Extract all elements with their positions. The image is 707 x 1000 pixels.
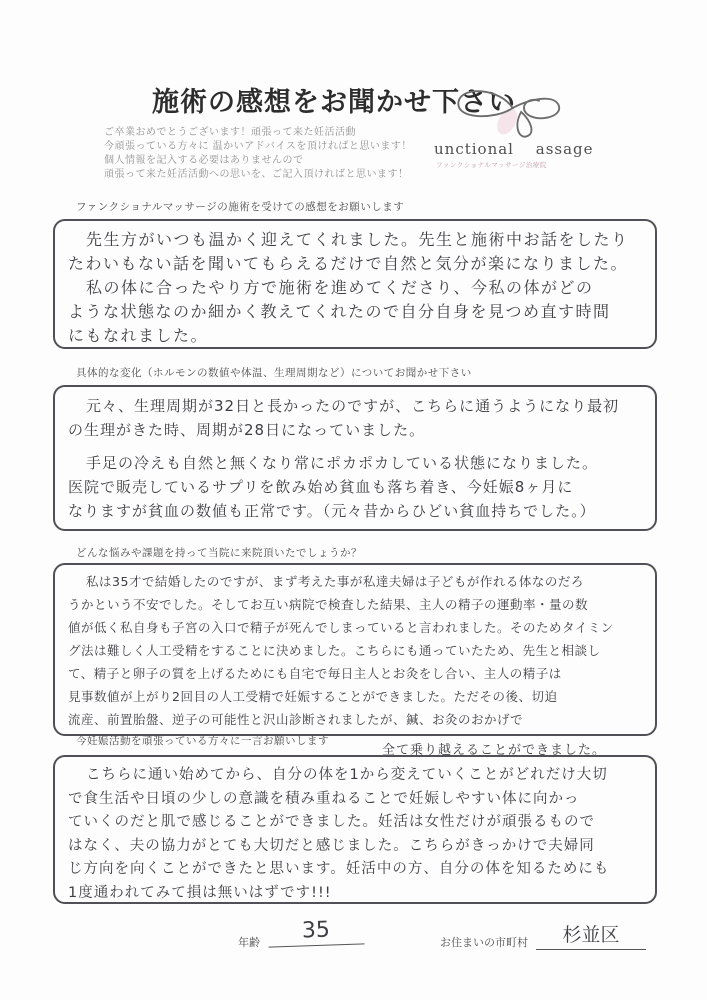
footer: 年齢 35 お住まいの市町村 杉並区 — [0, 922, 707, 982]
question-2: 具体的な変化（ホルモンの数値や体温、生理周期など）についてお聞かせ下さい — [76, 365, 472, 380]
intro-line: ご卒業おめでとうございます！頑張って来た妊活活動 — [104, 126, 412, 140]
age-value: 35 — [268, 916, 365, 947]
clinic-logo: unctional assage ファンクショナルマッサージ治療院 — [428, 80, 618, 169]
survey-page: 施術の感想をお聞かせ下さい ご卒業おめでとうございます！頑張って来た妊活活動 今… — [0, 0, 707, 1000]
answer-line: こちらに通い始めてから、自分の体を1から変えていくことがどれだけ大切 — [68, 764, 645, 788]
question-4: 今妊娠活動を頑張っている方々に一言お願いします — [76, 733, 329, 748]
answer-line: にもなれました。 — [68, 324, 645, 348]
answer-line: 元々、生理周期が32日と長かったのですが、こちらに通うようになり最初 — [68, 394, 645, 418]
city-label: お住まいの市町村 — [440, 934, 528, 950]
answer-line: 私は35才で結婚したのですが、まず考えた事が私達夫婦は子どもが作れる体なのだろ — [68, 570, 645, 593]
answer-line: ていくのだと肌で感じることができました。妊活は女性だけが頑張るもので — [68, 811, 645, 835]
intro-line: 個人情報を記入する必要はありませんので — [104, 154, 412, 168]
intro-text: ご卒業おめでとうございます！頑張って来た妊活活動 今頑張っている方々に 温かいア… — [104, 126, 412, 182]
answer-line: はなく、夫の協力がとても大切だと感じました。こちらがきっかけで夫婦同 — [68, 835, 645, 859]
answer-line: で食生活や日頃の少しの意識を積み重ねることで妊娠しやすい体に向かっ — [68, 788, 645, 812]
answer-box-1: 先生方がいつも温かく迎えてくれました。先生と施術中お話をしたり たわいもない話を… — [53, 219, 657, 349]
answer-line: て、精子と卵子の質を上げるためにも自宅で毎日主人とお灸をし合い、主人の精子は — [68, 662, 645, 685]
answer-line: 私の体に合ったやり方で施術を進めてくださり、今私の体がどの — [68, 276, 645, 300]
answer-box-4: こちらに通い始めてから、自分の体を1から変えていくことがどれだけ大切 で食生活や… — [53, 755, 657, 904]
question-1: ファンクショナルマッサージの施術を受けての感想をお願いします — [76, 199, 404, 214]
question-3: どんな悩みや課題を持って当院に来院頂いたでしょうか？ — [76, 545, 362, 560]
answer-line: グ法は難しく人工受精をすることに決めました。こちらにも通っていたため、先生と相談… — [68, 639, 645, 662]
answer-line: たわいもない話を聞いてもらえるだけで自然と気分が楽になりました。 — [68, 252, 645, 276]
answer-line: 値が低く私自身も子宮の入口で精子が死んでしまっていると言われました。そのためタイ… — [68, 616, 645, 639]
answer-line: 流産、前置胎盤、逆子の可能性と沢山診断されましたが、鍼、お灸のおかげで — [68, 708, 645, 731]
answer-box-2: 元々、生理周期が32日と長かったのですが、こちらに通うようになり最初 の生理がき… — [53, 385, 657, 531]
ribbon-bow-icon — [434, 80, 584, 142]
answer-box-3: 私は35才で結婚したのですが、まず考えた事が私達夫婦は子どもが作れる体なのだろ … — [53, 563, 657, 736]
answer-line: 1度通われてみて損は無いはずです!!! — [68, 882, 645, 906]
answer-line: 先生方がいつも温かく迎えてくれました。先生と施術中お話をしたり — [68, 228, 645, 252]
answer-line: うかという不安でした。そしてお互い病院で検査した結果、主人の精子の運動率・量の数 — [68, 593, 645, 616]
answer-line: 医院で販売しているサプリを飲み始め貧血も落ち着き、今妊娠8ヶ月に — [68, 475, 645, 499]
clinic-name: unctional assage — [434, 140, 618, 158]
answer-line: ような状態なのか細かく教えてくれたので自分自身を見つめ直す時間 — [68, 300, 645, 324]
answer-line: なりますが貧血の数値も正常です。（元々昔からひどい貧血持ちでした。） — [68, 499, 645, 523]
answer-line: の生理がきた時、周期が28日になっていました。 — [68, 418, 645, 442]
age-label: 年齢 — [238, 934, 260, 950]
intro-line: 今頑張っている方々に 温かいアドバイスを頂ければと思います！ — [104, 140, 412, 154]
answer-line: 手足の冷えも自然と無くなり常にポカポカしている状態になりました。 — [68, 451, 645, 475]
city-value: 杉並区 — [536, 920, 646, 950]
answer-line: じ方向を向くことができたと思います。妊活中の方、自分の体を知るためにも — [68, 858, 645, 882]
answer-line: 見事数値が上がり2回目の人工受精で妊娠することができました。ただその後、切迫 — [68, 685, 645, 708]
intro-line: 頑張って来た妊活活動への思いを、ご記入頂ければと思います！ — [104, 168, 412, 182]
clinic-name-katakana: ファンクショナルマッサージ治療院 — [436, 160, 618, 169]
